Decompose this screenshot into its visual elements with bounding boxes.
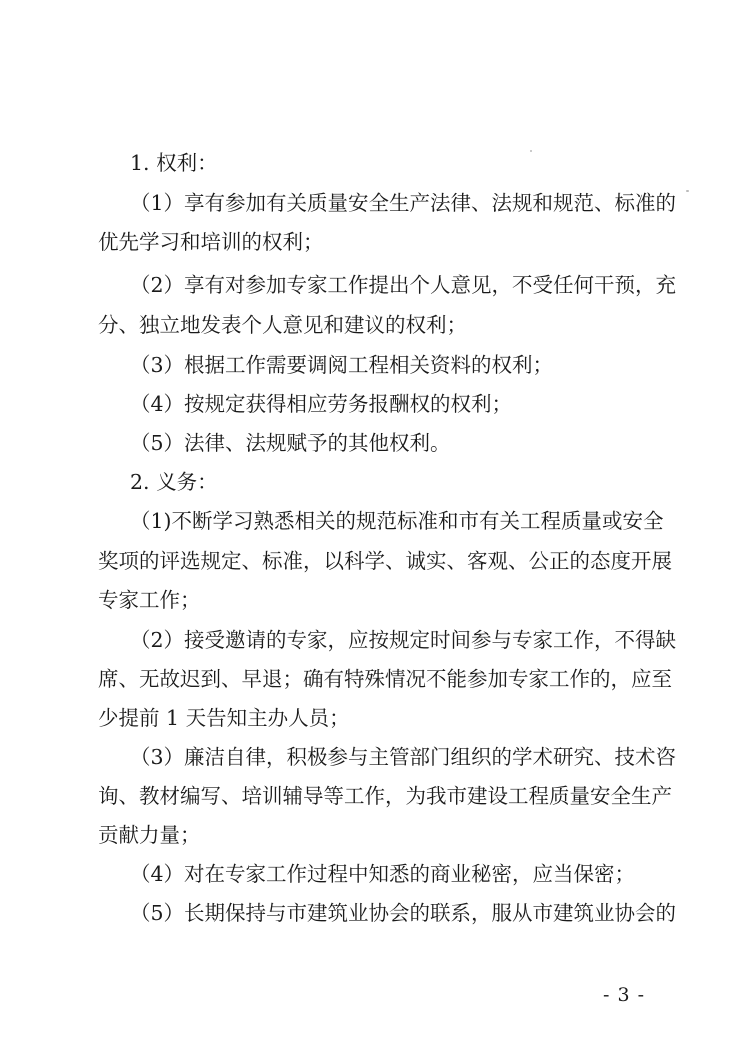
scan-speck bbox=[530, 150, 532, 152]
scan-speck bbox=[686, 190, 689, 192]
paragraph-line: （3）根据工作需要调阅工程相关资料的权利； bbox=[130, 346, 653, 385]
paragraph-line: 询、教材编写、培训辅导等工作，为我市建设工程质量安全生产 bbox=[98, 777, 653, 816]
paragraph-line: 席、无故迟到、早退；确有特殊情况不能参加专家工作的，应至 bbox=[98, 660, 653, 699]
paragraph-line: （1）享有参加有关质量安全生产法律、法规和规范、标准的 bbox=[130, 184, 653, 223]
paragraph-line: 少提前 1 天告知主办人员； bbox=[98, 699, 653, 738]
paragraph-line: 专家工作； bbox=[98, 581, 653, 620]
paragraph-line: （1)不断学习熟悉相关的规范标准和市有关工程质量或安全 bbox=[130, 502, 653, 541]
paragraph-line: （4）按规定获得相应劳务报酬权的权利； bbox=[130, 385, 653, 424]
paragraph-line: （2）接受邀请的专家，应按规定时间参与专家工作，不得缺 bbox=[130, 621, 653, 660]
page-number: - 3 - bbox=[603, 981, 645, 1009]
paragraph-line: 奖项的评选规定、标准，以科学、诚实、客观、公正的态度开展 bbox=[98, 542, 653, 581]
section-heading-rights: 1. 权利： bbox=[130, 144, 653, 183]
paragraph-line: 贡献力量； bbox=[98, 816, 653, 855]
paragraph-line: 优先学习和培训的权利； bbox=[98, 223, 653, 262]
paragraph-line: （5）法律、法规赋予的其他权利。 bbox=[130, 424, 653, 463]
section-heading-obligations: 2. 义务： bbox=[130, 463, 653, 502]
paragraph-line: 分、独立地发表个人意见和建议的权利； bbox=[98, 306, 653, 345]
paragraph-line: （2）享有对参加专家工作提出个人意见，不受任何干预，充 bbox=[130, 266, 653, 305]
paragraph-line: （3）廉洁自律，积极参与主管部门组织的学术研究、技术咨 bbox=[130, 738, 653, 777]
paragraph-line: （4）对在专家工作过程中知悉的商业秘密，应当保密； bbox=[130, 855, 653, 894]
paragraph-line: （5）长期保持与市建筑业协会的联系，服从市建筑业协会的 bbox=[130, 894, 653, 933]
document-page: 1. 权利： （1）享有参加有关质量安全生产法律、法规和规范、标准的 优先学习和… bbox=[0, 0, 744, 1056]
